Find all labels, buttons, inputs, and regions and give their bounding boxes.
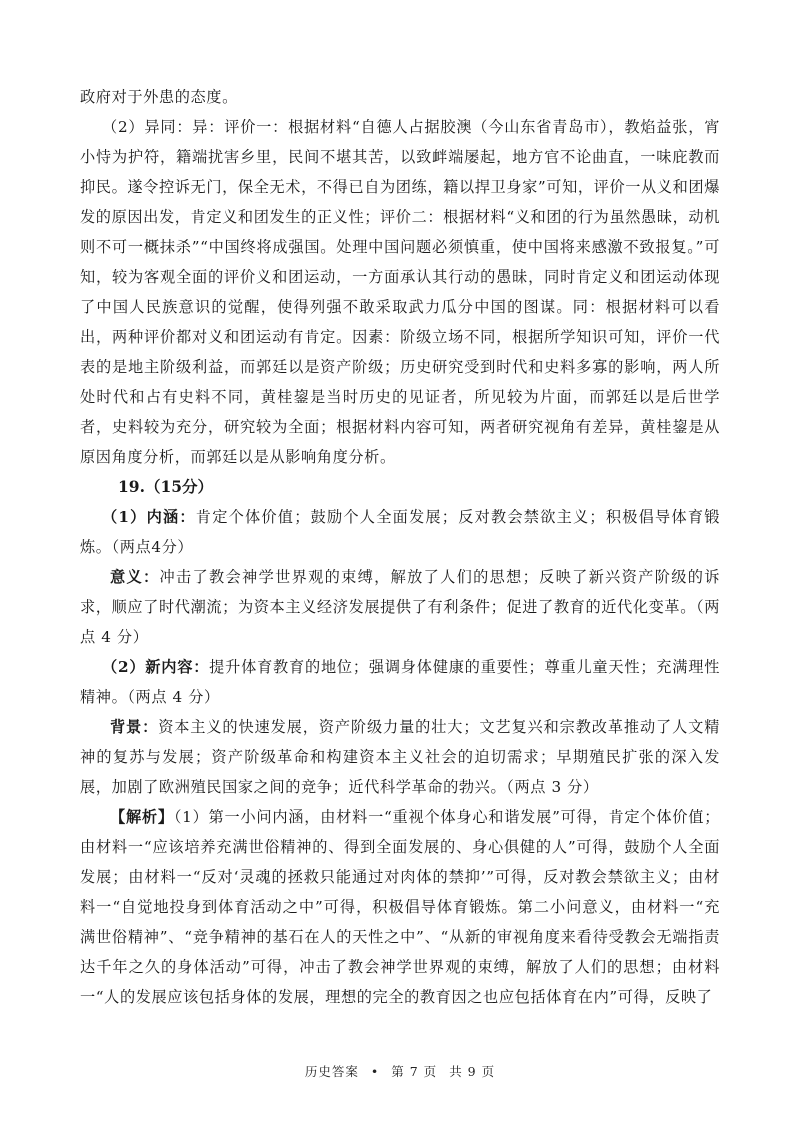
q19-background-paragraph: 背景：资本主义的快速发展，资产阶级力量的壮大；文艺复兴和宗教改革推动了人文精神的… bbox=[80, 712, 720, 802]
part2-label: （2）新内容： bbox=[102, 658, 209, 676]
q19-part1-paragraph: （1）内涵：肯定个体价值；鼓励个人全面发展；反对教会禁欲主义；积极倡导体育锻炼。… bbox=[80, 502, 720, 562]
q19-analysis-paragraph: 【解析】（1）第一小问内涵，由材料一“重视个体身心和谐发展”可得，肯定个体价值；… bbox=[80, 802, 720, 1012]
q19-heading: 19.（15分） bbox=[80, 472, 720, 502]
continuation-line: 政府对于外患的态度。 bbox=[80, 82, 720, 112]
analysis-text: （1）第一小问内涵，由材料一“重视个体身心和谐发展”可得，肯定个体价值；由材料一… bbox=[80, 808, 720, 1006]
answer-page: 政府对于外患的态度。 （2）异同：异：评价一：根据材料“自德人占据胶澳（今山东省… bbox=[80, 82, 720, 1012]
part1-label: （1）内涵： bbox=[102, 508, 196, 526]
q19-significance-paragraph: 意义：冲击了教会神学世界观的束缚，解放了人们的思想；反映了新兴资产阶级的诉求，顺… bbox=[80, 562, 720, 652]
background-text: 资本主义的快速发展，资产阶级力量的壮大；文艺复兴和宗教改革推动了人文精神的复苏与… bbox=[80, 718, 720, 796]
background-label: 背景： bbox=[110, 718, 158, 736]
significance-label: 意义： bbox=[110, 568, 160, 586]
significance-text: 冲击了教会神学世界观的束缚，解放了人们的思想；反映了新兴资产阶级的诉求，顺应了时… bbox=[80, 568, 720, 646]
footer-bullet: • bbox=[371, 1064, 379, 1079]
q18-part2-paragraph: （2）异同：异：评价一：根据材料“自德人占据胶澳（今山东省青岛市），教焰益张，宵… bbox=[80, 112, 720, 472]
footer-page-number: 第 7 页 bbox=[391, 1064, 437, 1079]
footer-subject: 历史答案 bbox=[305, 1064, 359, 1079]
page-footer: 历史答案•第 7 页共 9 页 bbox=[0, 1062, 800, 1080]
analysis-label: 【解析】 bbox=[110, 808, 174, 826]
q19-part2-paragraph: （2）新内容：提升体育教育的地位；强调身体健康的重要性；尊重儿童天性；充满理性精… bbox=[80, 652, 720, 712]
footer-total-pages: 共 9 页 bbox=[449, 1064, 495, 1079]
